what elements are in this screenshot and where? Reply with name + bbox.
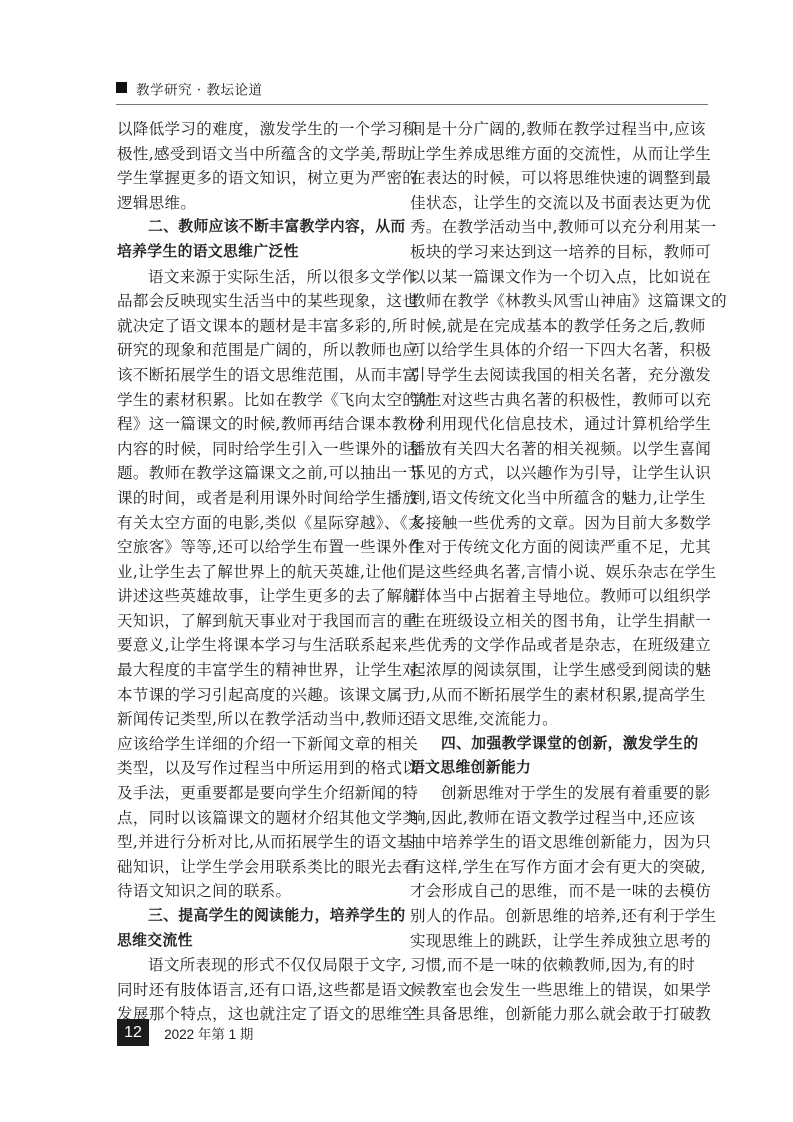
body-text-line: 别人的作品。创新思维的培养,还有利于学生 — [410, 904, 678, 929]
body-text-line: 学生对这些古典名著的积极性，教师可以充 — [410, 388, 678, 413]
body-text-line: 习惯,而不是一味的依赖教师,因为,有的时 — [410, 953, 678, 978]
body-text-line: 实现思维上的跳跃，让学生养成独立思考的 — [410, 929, 678, 954]
body-text-line: 可以给学生具体的介绍一下四大名著，积极 — [410, 338, 678, 363]
body-text-line: 础知识，让学生学会用联系类比的眼光去看 — [117, 855, 385, 880]
body-text-line: 有这样,学生在写作方面才会有更大的突破, — [410, 855, 678, 880]
body-text-line: 该不断拓展学生的语文思维范围，从而丰富 — [117, 363, 385, 388]
body-text-line: 教师在教学《林教头风雪山神庙》这篇课文的 — [410, 289, 678, 314]
body-text-line: 抽中培养学生的语文思维创新能力，因为只 — [410, 830, 678, 855]
left-column: 以降低学习的难度，激发学生的一个学习积极性,感受到语文当中所蕴含的文学美,帮助学… — [117, 117, 385, 1027]
body-text-line: 语文所表现的形式不仅仅局限于文字, — [117, 953, 385, 978]
body-text-line: 在表达的时候，可以将思维快速的调整到最 — [410, 166, 678, 191]
body-text-line: 研究的现象和范围是广阔的，所以教师也应 — [117, 338, 385, 363]
body-text-line: 起浓厚的阅读氛围，让学生感受到阅读的魅 — [410, 658, 678, 683]
body-text-line: 本节课的学习引起高度的兴趣。该课文属于 — [117, 683, 385, 708]
body-text-line: 分利用现代化信息技术，通过计算机给学生 — [410, 412, 678, 437]
square-bullet-icon — [116, 82, 127, 93]
body-text-line: 让学生养成思维方面的交流性，从而让学生 — [410, 142, 678, 167]
body-text-line: 型,并进行分析对比,从而拓展学生的语文基 — [117, 830, 385, 855]
body-text-line: 有关太空方面的电影,类似《星际穿越》、《太 — [117, 511, 385, 536]
body-text-line: 内容的时候，同时给学生引入一些课外的话 — [117, 437, 385, 462]
body-text-line: 要意义,让学生将课本学习与生活联系起来, — [117, 633, 385, 658]
section-heading-line: 四、加强教学课堂的创新，激发学生的 — [410, 732, 678, 757]
body-text-line: 些优秀的文学作品或者是杂志，在班级建立 — [410, 633, 678, 658]
body-text-line: 学生的素材积累。比如在教学《飞向太空的航 — [117, 388, 385, 413]
issue-label: 2022 年第 1 期 — [164, 1027, 253, 1042]
body-text-line: 是这些经典名著,言情小说、娱乐杂志在学生 — [410, 560, 678, 585]
body-text-line: 秀。在教学活动当中,教师可以充分利用某一 — [410, 215, 678, 240]
body-text-line: 课的时间，或者是利用课外时间给学生播放 — [117, 486, 385, 511]
body-text-line: 群体当中占据着主导地位。教师可以组织学 — [410, 584, 678, 609]
body-text-line: 待语文知识之间的联系。 — [117, 879, 385, 904]
body-text-line: 应该给学生详细的介绍一下新闻文章的相关 — [117, 732, 385, 757]
body-text-line: 业,让学生去了解世界上的航天英雄,让他们 — [117, 560, 385, 585]
body-text-line: 讲述这些英雄故事，让学生更多的去了解航 — [117, 584, 385, 609]
body-text-line: 乐见的方式，以兴趣作为引导，让学生认识 — [410, 461, 678, 486]
body-text-line: 板块的学习来达到这一培养的目标，教师可 — [410, 240, 678, 265]
right-column: 间是十分广阔的,教师在教学过程当中,应该让学生养成思维方面的交流性，从而让学生在… — [410, 117, 678, 1027]
body-text-line: 力,从而不断拓展学生的素材积累,提高学生 — [410, 683, 678, 708]
body-text-line: 以以某一篇课文作为一个切入点，比如说在 — [410, 265, 678, 290]
body-text-line: 语文思维,交流能力。 — [410, 707, 678, 732]
section-heading-line: 语文思维创新能力 — [410, 756, 678, 781]
body-text-line: 引导学生去阅读我国的相关名著，充分激发 — [410, 363, 678, 388]
body-text-line: 逻辑思维。 — [117, 191, 385, 216]
body-text-line: 就决定了语文课本的题材是丰富多彩的,所 — [117, 314, 385, 339]
section-heading-line: 思维交流性 — [117, 929, 385, 954]
body-text-line: 多接触一些优秀的文章。因为目前大多数学 — [410, 511, 678, 536]
body-text-line: 生对于传统文化方面的阅读严重不足，尤其 — [410, 535, 678, 560]
section-heading-line: 二、教师应该不断丰富教学内容，从而 — [117, 215, 385, 240]
running-header: 教学研究 · 教坛论道 — [116, 78, 708, 105]
body-text-line: 新闻传记类型,所以在教学活动当中,教师还 — [117, 707, 385, 732]
body-text-line: 生在班级设立相关的图书角，让学生捐献一 — [410, 609, 678, 634]
body-text-line: 佳状态，让学生的交流以及书面表达更为优 — [410, 191, 678, 216]
body-text-line: 以降低学习的难度，激发学生的一个学习积 — [117, 117, 385, 142]
body-text-line: 间是十分广阔的,教师在教学过程当中,应该 — [410, 117, 678, 142]
page-number: 12 — [117, 1019, 149, 1046]
body-text-line: 点，同时以该篇课文的题材介绍其他文学类 — [117, 806, 385, 831]
body-text-line: 题。教师在教学这篇课文之前,可以抽出一节 — [117, 461, 385, 486]
body-text-line: 学生掌握更多的语文知识，树立更为严密的 — [117, 166, 385, 191]
body-text-line: 响,因此,教师在语文教学过程当中,还应该 — [410, 806, 678, 831]
body-text-line: 空旅客》等等,还可以给学生布置一些课外作 — [117, 535, 385, 560]
body-text-line: 到,语文传统文化当中所蕴含的魅力,让学生 — [410, 486, 678, 511]
body-text-line: 天知识，了解到航天事业对于我国而言的重 — [117, 609, 385, 634]
body-text-line: 生具备思维，创新能力那么就会敢于打破教 — [410, 1002, 678, 1027]
body-text-line: 类型，以及写作过程当中所运用到的格式以 — [117, 756, 385, 781]
page-footer: 12 2022 年第 1 期 — [117, 1019, 253, 1047]
body-text-line: 候教室也会发生一些思维上的错误，如果学 — [410, 978, 678, 1003]
body-text-line: 同时还有肢体语言,还有口语,这些都是语文 — [117, 978, 385, 1003]
section-title: 教学研究 · 教坛论道 — [136, 83, 262, 99]
section-heading-line: 培养学生的语文思维广泛性 — [117, 240, 385, 265]
body-text-line: 极性,感受到语文当中所蕴含的文学美,帮助 — [117, 142, 385, 167]
body-text-line: 及手法，更重要都是要向学生介绍新闻的特 — [117, 781, 385, 806]
body-text-line: 时候,就是在完成基本的教学任务之后,教师 — [410, 314, 678, 339]
body-text-line: 程》这一篇课文的时候,教师再结合课本教材 — [117, 412, 385, 437]
body-text-line: 播放有关四大名著的相关视频。以学生喜闻 — [410, 437, 678, 462]
body-text-line: 最大程度的丰富学生的精神世界，让学生对 — [117, 658, 385, 683]
body-text-line: 语文来源于实际生活，所以很多文学作 — [117, 265, 385, 290]
body-text-line: 才会形成自己的思维，而不是一味的去模仿 — [410, 879, 678, 904]
body-text-line: 品都会反映现实生活当中的某些现象，这也 — [117, 289, 385, 314]
section-heading-line: 三、提高学生的阅读能力，培养学生的 — [117, 904, 385, 929]
body-text-line: 创新思维对于学生的发展有着重要的影 — [410, 781, 678, 806]
